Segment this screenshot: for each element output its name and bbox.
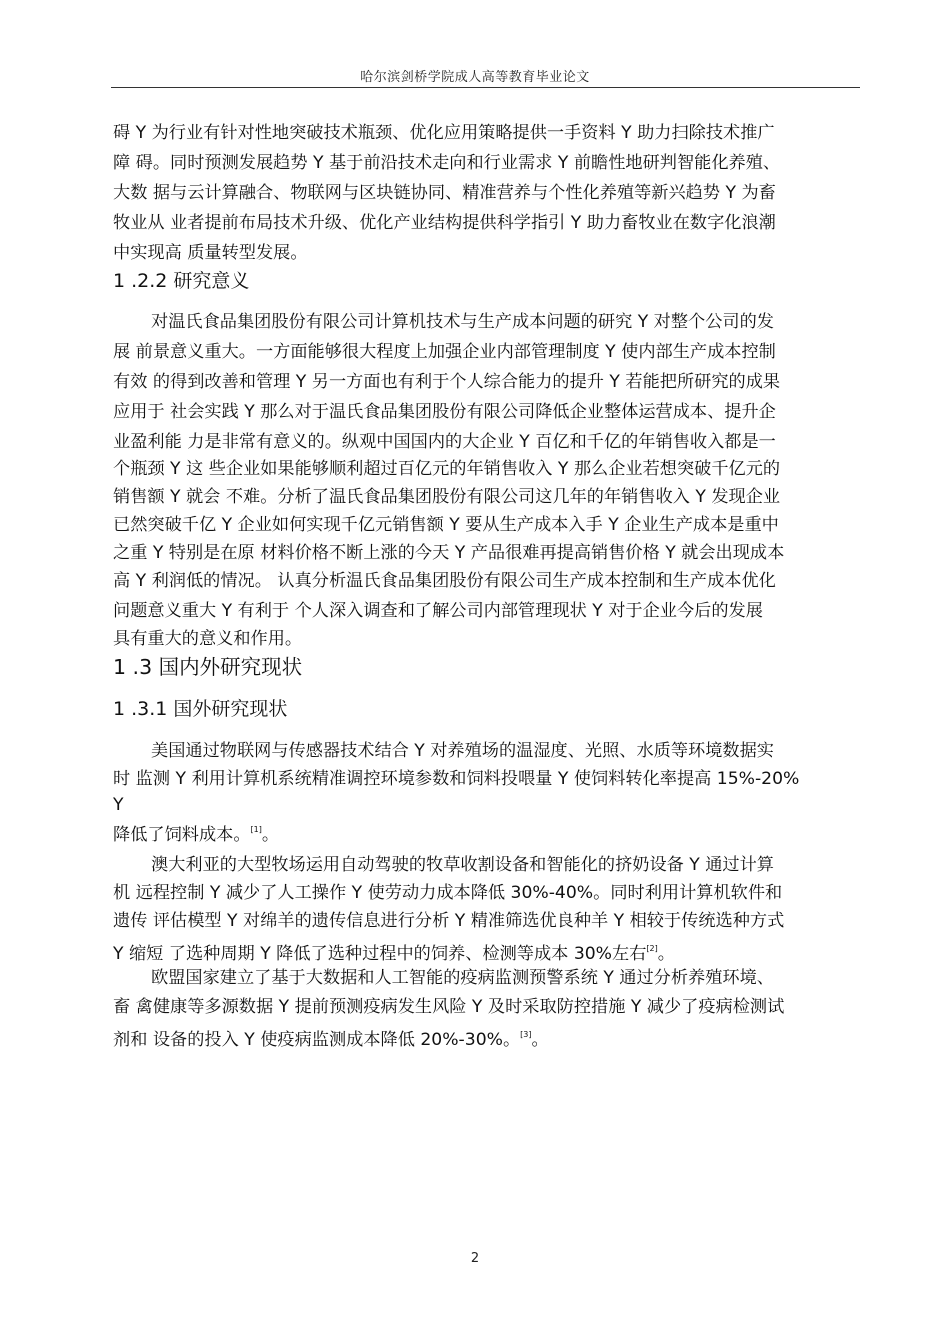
text-line: 降低了饲料成本。[1]。 xyxy=(113,819,279,846)
text-line: 剂和 设备的投入 Y 使疫病监测成本降低 20%-30%。[3]。 xyxy=(113,1024,549,1051)
text-line: 已然突破千亿 Y 企业如何实现千亿元销售额 Y 要从生产成本入手 Y 企业生产成… xyxy=(113,514,779,536)
text-line: Y 缩短 了选种周期 Y 降低了选种过程中的饲养、检测等成本 30%左右[2]。 xyxy=(113,938,675,965)
text-line: 时 监测 Y 利用计算机系统精准调控环境参数和饲料投喂量 Y 使饲料转化率提高 … xyxy=(113,768,799,790)
citation-ref: [1] xyxy=(251,825,262,834)
text-span: 剂和 设备的投入 Y 使疫病监测成本降低 20%-30%。 xyxy=(113,1030,520,1050)
text-line: 销售额 Y 就会 不难。分析了温氏食品集团股份有限公司这几年的年销售收入 Y 发… xyxy=(113,486,780,508)
text-span: 降低了饲料成本。 xyxy=(113,825,251,845)
header-title: 哈尔滨剑桥学院成人高等教育毕业论文 xyxy=(0,66,950,85)
section-heading-1-3: 1 .3 国内外研究现状 xyxy=(113,656,302,678)
text-line: 问题意义重大 Y 有利于 个人深入调查和了解公司内部管理现状 Y 对于企业今后的… xyxy=(113,600,763,622)
section-heading-1-2-2: 1 .2.2 研究意义 xyxy=(113,270,249,292)
text-line: 中实现高 质量转型发展。 xyxy=(113,242,308,264)
text-line: 高 Y 利润低的情况。 认真分析温氏食品集团股份有限公司生产成本控制和生产成本优… xyxy=(113,570,776,592)
period-mark: 。 xyxy=(532,1030,549,1050)
section-heading-1-3-1: 1 .3.1 国外研究现状 xyxy=(113,698,287,720)
text-line: 牧业从 业者提前布局技术升级、优化产业结构提供科学指引 Y 助力畜牧业在数字化浪… xyxy=(113,212,776,234)
text-line: 业盈利能 力是非常有意义的。纵观中国国内的大企业 Y 百亿和千亿的年销售收入都是… xyxy=(113,431,776,453)
text-line: 展 前景意义重大。一方面能够很大程度上加强企业内部管理制度 Y 使内部生产成本控… xyxy=(113,341,776,363)
period-mark: 。 xyxy=(658,944,675,964)
text-line: 对温氏食品集团股份有限公司计算机技术与生产成本问题的研究 Y 对整个公司的发 xyxy=(151,311,774,333)
text-line: 有效 的得到改善和管理 Y 另一方面也有利于个人综合能力的提升 Y 若能把所研究… xyxy=(113,371,780,393)
text-line: 欧盟国家建立了基于大数据和人工智能的疫病监测预警系统 Y 通过分析养殖环境、 xyxy=(151,967,774,989)
header-divider xyxy=(111,87,860,88)
text-line: 澳大利亚的大型牧场运用自动驾驶的牧草收割设备和智能化的挤奶设备 Y 通过计算 xyxy=(151,854,774,876)
text-line: 畜 禽健康等多源数据 Y 提前预测疫病发生风险 Y 及时采取防控措施 Y 减少了… xyxy=(113,996,784,1018)
text-line: 之重 Y 特别是在原 材料价格不断上涨的今天 Y 产品很难再提高销售价格 Y 就… xyxy=(113,542,784,564)
citation-ref: [2] xyxy=(646,944,657,953)
text-line: 具有重大的意义和作用。 xyxy=(113,628,302,650)
text-line: Y xyxy=(113,794,124,816)
text-line: 障 碍。同时预测发展趋势 Y 基于前沿技术走向和行业需求 Y 前瞻性地研判智能化… xyxy=(113,152,780,174)
text-line: 个瓶颈 Y 这 些企业如果能够顺利超过百亿元的年销售收入 Y 那么企业若想突破千… xyxy=(113,458,780,480)
citation-ref: [3] xyxy=(520,1030,531,1039)
page-number: 2 xyxy=(0,1251,950,1266)
text-line: 遗传 评估模型 Y 对绵羊的遗传信息进行分析 Y 精准筛选优良种羊 Y 相较于传… xyxy=(113,910,784,932)
text-line: 美国通过物联网与传感器技术结合 Y 对养殖场的温湿度、光照、水质等环境数据实 xyxy=(151,740,774,762)
text-line: 碍 Y 为行业有针对性地突破技术瓶颈、优化应用策略提供一手资料 Y 助力扫除技术… xyxy=(113,122,775,144)
period-mark: 。 xyxy=(262,825,279,845)
text-line: 大数 据与云计算融合、物联网与区块链协同、精准营养与个性化养殖等新兴趋势 Y 为… xyxy=(113,182,776,204)
text-line: 应用于 社会实践 Y 那么对于温氏食品集团股份有限公司降低企业整体运营成本、提升… xyxy=(113,401,776,423)
text-span: Y 缩短 了选种周期 Y 降低了选种过程中的饲养、检测等成本 30%左右 xyxy=(113,944,646,964)
text-line: 机 远程控制 Y 减少了人工操作 Y 使劳动力成本降低 30%-40%。同时利用… xyxy=(113,882,782,904)
